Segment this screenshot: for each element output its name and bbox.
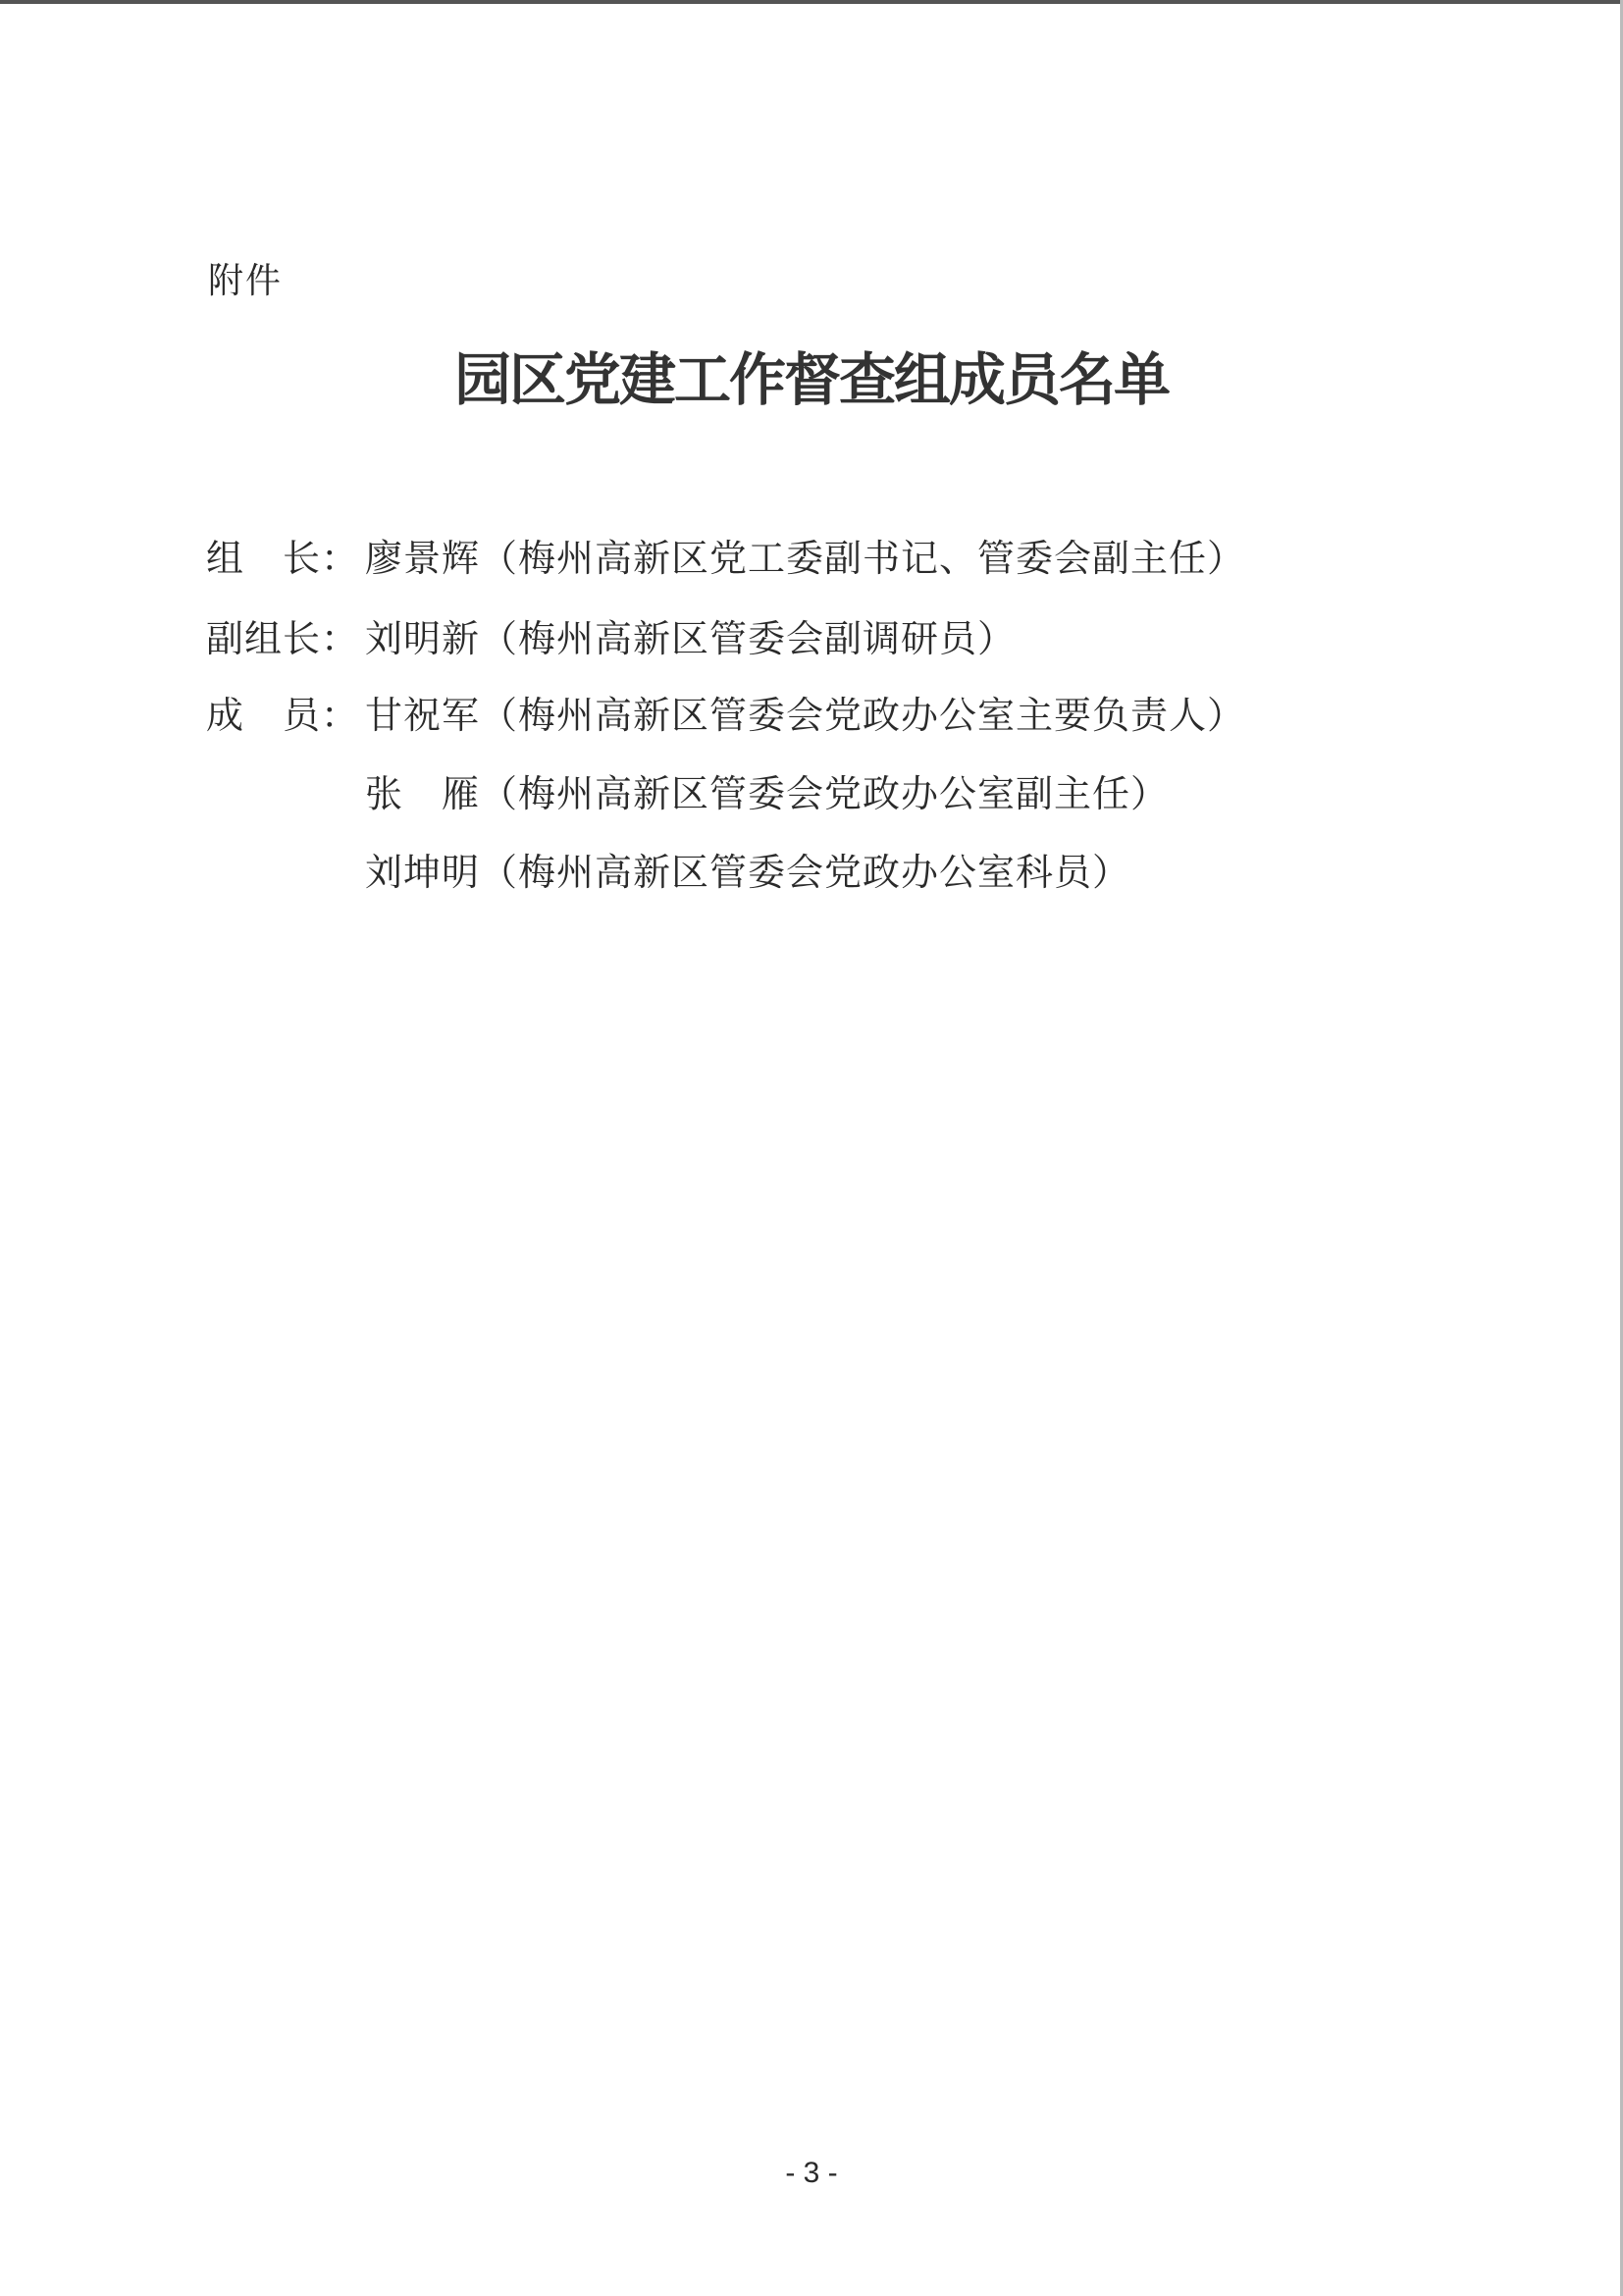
member-position: （梅州高新区党工委副书记、管委会副主任） [480,537,1245,580]
member-role: 组 长： [206,528,365,582]
member-row-member: 成 员：甘祝军（梅州高新区管委会党政办公室主要负责人） [206,685,1245,739]
member-position: （梅州高新区管委会副调研员） [480,617,1016,660]
scan-edge-top [0,0,1623,4]
member-position: （梅州高新区管委会党政办公室主要负责人） [480,694,1245,737]
member-row-deputy-leader: 副组长：刘明新（梅州高新区管委会副调研员） [206,608,1016,662]
member-row-leader: 组 长：廖景辉（梅州高新区党工委副书记、管委会副主任） [206,528,1245,582]
member-name: 廖景辉 [365,537,480,580]
member-position: （梅州高新区管委会党政办公室科员） [480,851,1130,894]
member-name: 甘祝军 [365,694,480,737]
attachment-label: 附件 [208,253,283,303]
member-name: 张 雁 [365,772,480,815]
member-role: 成 员： [206,685,365,739]
document-title: 园区党建工作督查组成员名单 [0,334,1623,416]
member-row-member: 张 雁（梅州高新区管委会党政办公室副主任） [365,763,1169,817]
member-position: （梅州高新区管委会党政办公室副主任） [480,772,1169,815]
member-name: 刘坤明 [365,851,480,894]
member-role: 副组长： [206,608,365,662]
page-number: - 3 - [0,2157,1623,2190]
member-name: 刘明新 [365,617,480,660]
member-row-member: 刘坤明（梅州高新区管委会党政办公室科员） [365,842,1130,896]
